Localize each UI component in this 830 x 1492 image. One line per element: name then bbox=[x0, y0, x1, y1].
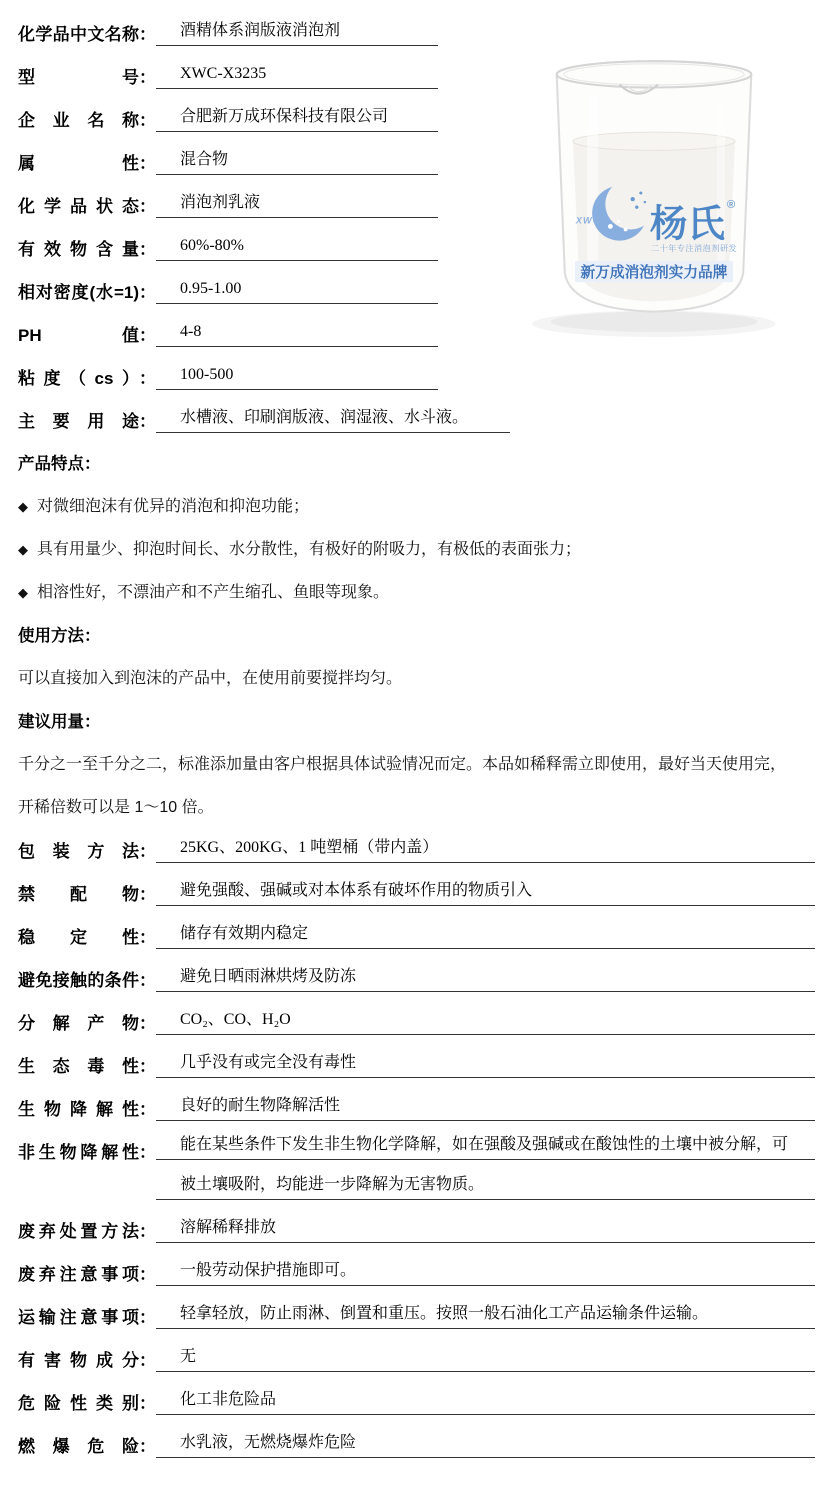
field-value: 溶解稀释排放 bbox=[156, 1217, 815, 1243]
field-row-avoid-conditions: 避免接触的条件： 避免日晒雨淋烘烤及防冻 bbox=[18, 962, 815, 992]
field-row-disposal-method: 废弃处置方法： 溶解稀释排放 bbox=[18, 1213, 815, 1243]
field-value: 避免强酸、强碱或对本体系有破坏作用的物质引入 bbox=[156, 880, 815, 906]
field-value: 良好的耐生物降解活性 bbox=[156, 1095, 815, 1121]
field-colon: ： bbox=[139, 970, 156, 992]
diamond-bullet-icon: ◆ bbox=[18, 495, 28, 519]
field-label: 化学品状态 bbox=[18, 196, 139, 218]
field-value: 60%-80% bbox=[156, 235, 438, 261]
field-colon: ： bbox=[139, 1264, 156, 1286]
brand-name-text: 杨氏 bbox=[650, 203, 725, 245]
dosage-text: 开稀倍数可以是 1～10 倍。 bbox=[18, 796, 214, 820]
dosage-title: 建议用量： bbox=[18, 710, 101, 734]
field-row-harmful-components: 有害物成分： 无 bbox=[18, 1342, 815, 1372]
features-heading: 产品特点： bbox=[18, 446, 815, 476]
dosage-paragraph-line1: 千分之一至千分之二，标准添加量由客户根据具体试验情况而定。本品如稀释需立即使用，… bbox=[18, 747, 815, 777]
field-label: PH值 bbox=[18, 325, 139, 347]
field-row-disposal-precautions: 废弃注意事项： 一般劳动保护措施即可。 bbox=[18, 1256, 815, 1286]
field-value: 水槽液、印刷润版液、润湿液、水斗液。 bbox=[156, 407, 510, 433]
field-label: 危险性类别 bbox=[18, 1393, 139, 1415]
field-label: 运输注意事项 bbox=[18, 1307, 139, 1329]
feature-item: ◆ 具有用量少、抑泡时间长、水分散性，有极好的附吸力，有极低的表面张力； bbox=[18, 532, 815, 562]
field-value: 100-500 bbox=[156, 364, 438, 390]
field-value: 4-8 bbox=[156, 321, 438, 347]
field-colon: ： bbox=[139, 884, 156, 906]
field-label: 相对密度(水=1) bbox=[18, 282, 139, 304]
field-row-main-use: 主要用途： 水槽液、印刷润版液、润湿液、水斗液。 bbox=[18, 403, 815, 433]
field-colon: ： bbox=[139, 1142, 156, 1164]
field-row-abiotic-degradability: 非生物降解性： 能在某些条件下发生非生物化学降解，如在强酸及强碱或在酸蚀性的土壤… bbox=[18, 1134, 815, 1200]
usage-paragraph: 可以直接加入到泡沫的产品中，在使用前要搅拌均匀。 bbox=[18, 661, 815, 691]
field-value: 25KG、200KG、1 吨塑桶（带内盖） bbox=[156, 837, 815, 863]
field-label: 生物降解性 bbox=[18, 1099, 139, 1121]
field-row-biodegradability: 生物降解性： 良好的耐生物降解活性 bbox=[18, 1091, 815, 1121]
product-beaker-image: XWC 杨氏 ® 二十年专注消泡剂研发 新万成消泡剂实力品牌 bbox=[518, 48, 790, 340]
field-label: 属性 bbox=[18, 153, 139, 175]
bubble-dot-icon bbox=[635, 205, 638, 208]
field-colon: ： bbox=[139, 411, 156, 433]
field-colon: ： bbox=[139, 239, 156, 261]
features-title: 产品特点： bbox=[18, 452, 101, 476]
logo-xwc-text: XWC bbox=[575, 215, 600, 225]
field-colon: ： bbox=[139, 1221, 156, 1243]
field-colon: ： bbox=[139, 325, 156, 347]
field-colon: ： bbox=[139, 1393, 156, 1415]
field-row-explosion-hazard: 燃爆危险： 水乳液，无燃烧爆炸危险 bbox=[18, 1428, 815, 1458]
field-row-eco-toxicity: 生态毒性： 几乎没有或完全没有毒性 bbox=[18, 1048, 815, 1078]
field-colon: ： bbox=[139, 1307, 156, 1329]
field-label: 生态毒性 bbox=[18, 1056, 139, 1078]
beaker-shadow bbox=[551, 312, 758, 332]
moon-cutout bbox=[605, 179, 656, 230]
field-value: CO₂、CO、H₂O bbox=[156, 1009, 815, 1035]
banner-slogan-text: 新万成消泡剂实力品牌 bbox=[581, 263, 728, 281]
registered-mark-icon: ® bbox=[727, 199, 736, 211]
field-label: 分解产物 bbox=[18, 1013, 139, 1035]
field-value: 避免日晒雨淋烘烤及防冻 bbox=[156, 966, 815, 992]
field-colon: ： bbox=[139, 841, 156, 863]
field-colon: ： bbox=[139, 1099, 156, 1121]
field-label: 包装方法 bbox=[18, 841, 139, 863]
field-label: 非生物降解性 bbox=[18, 1142, 139, 1164]
field-colon: ： bbox=[139, 368, 156, 390]
field-row-viscosity: 粘度（cs）： 100-500 bbox=[18, 360, 815, 390]
bubble-dot-icon bbox=[631, 197, 635, 201]
field-label: 主要用途 bbox=[18, 411, 139, 433]
usage-heading: 使用方法： bbox=[18, 618, 815, 648]
field-row-transport-precautions: 运输注意事项： 轻拿轻放，防止雨淋、倒置和重压。按照一般石油化工产品运输条件运输… bbox=[18, 1299, 815, 1329]
field-label: 禁配物 bbox=[18, 884, 139, 906]
field-value: XWC-X3235 bbox=[156, 63, 438, 89]
field-value: 合肥新万成环保科技有限公司 bbox=[156, 106, 438, 132]
moon-dot-icon bbox=[624, 228, 628, 232]
field-label: 稳定性 bbox=[18, 927, 139, 949]
field-colon: ： bbox=[139, 1436, 156, 1458]
moon-dot-icon bbox=[608, 224, 613, 229]
field-label: 燃爆危险 bbox=[18, 1436, 139, 1458]
field-value: 化工非危险品 bbox=[156, 1389, 815, 1415]
moon-dot-icon bbox=[617, 220, 620, 223]
field-colon: ： bbox=[139, 153, 156, 175]
field-row-decomposition: 分解产物： CO₂、CO、H₂O bbox=[18, 1005, 815, 1035]
field-label: 企业名称 bbox=[18, 110, 139, 132]
field-value: 无 bbox=[156, 1346, 815, 1372]
field-label: 型号 bbox=[18, 67, 139, 89]
field-value-line1: 能在某些条件下发生非生物化学降解，如在强酸及强碱或在酸蚀性的土壤中被分解，可 bbox=[156, 1134, 815, 1160]
field-value: 几乎没有或完全没有毒性 bbox=[156, 1052, 815, 1078]
feature-item: ◆ 对微细泡沫有优异的消泡和抑泡功能； bbox=[18, 489, 815, 519]
field-colon: ： bbox=[139, 67, 156, 89]
glass-highlight-left bbox=[587, 95, 598, 284]
field-colon: ： bbox=[139, 927, 156, 949]
bubble-dot-icon bbox=[644, 201, 646, 203]
field-row-packing: 包装方法： 25KG、200KG、1 吨塑桶（带内盖） bbox=[18, 833, 815, 863]
field-colon: ： bbox=[139, 282, 156, 304]
field-value-line2: 被土壤吸附，均能进一步降解为无害物质。 bbox=[156, 1174, 815, 1200]
field-row-chemical-name: 化学品中文名称： 酒精体系润版液消泡剂 bbox=[18, 16, 815, 46]
usage-text: 可以直接加入到泡沫的产品中，在使用前要搅拌均匀。 bbox=[18, 667, 402, 691]
dosage-text: 千分之一至千分之二，标准添加量由客户根据具体试验情况而定。本品如稀释需立即使用，… bbox=[18, 753, 786, 777]
field-value: 混合物 bbox=[156, 149, 438, 175]
field-value: 轻拿轻放，防止雨淋、倒置和重压。按照一般石油化工产品运输条件运输。 bbox=[156, 1303, 815, 1329]
dosage-heading: 建议用量： bbox=[18, 704, 815, 734]
brand-tagline-text: 二十年专注消泡剂研发 bbox=[651, 243, 737, 253]
field-colon: ： bbox=[139, 1350, 156, 1372]
diamond-bullet-icon: ◆ bbox=[18, 581, 28, 605]
field-label: 粘度（cs） bbox=[18, 368, 139, 390]
field-value: 0.95-1.00 bbox=[156, 278, 438, 304]
diamond-bullet-icon: ◆ bbox=[18, 538, 28, 562]
dosage-paragraph-line2: 开稀倍数可以是 1～10 倍。 bbox=[18, 790, 815, 820]
usage-title: 使用方法： bbox=[18, 624, 101, 648]
field-label: 避免接触的条件 bbox=[18, 970, 139, 992]
field-row-hazard-class: 危险性类别： 化工非危险品 bbox=[18, 1385, 815, 1415]
feature-text: 具有用量少、抑泡时间长、水分散性，有极好的附吸力，有极低的表面张力； bbox=[37, 538, 581, 562]
field-value: 水乳液，无燃烧爆炸危险 bbox=[156, 1432, 815, 1458]
field-label: 废弃注意事项 bbox=[18, 1264, 139, 1286]
field-value-lines: 能在某些条件下发生非生物化学降解，如在强酸及强碱或在酸蚀性的土壤中被分解，可 被… bbox=[156, 1134, 815, 1200]
field-colon: ： bbox=[139, 1056, 156, 1078]
bubble-dot-icon bbox=[639, 191, 642, 194]
field-colon: ： bbox=[139, 196, 156, 218]
field-label: 废弃处置方法 bbox=[18, 1221, 139, 1243]
feature-text: 相溶性好，不漂油产和不产生缩孔、鱼眼等现象。 bbox=[37, 581, 389, 605]
feature-item: ◆ 相溶性好，不漂油产和不产生缩孔、鱼眼等现象。 bbox=[18, 575, 815, 605]
field-row-stability: 稳定性： 储存有效期内稳定 bbox=[18, 919, 815, 949]
field-label: 有效物含量 bbox=[18, 239, 139, 261]
field-value: 一般劳动保护措施即可。 bbox=[156, 1260, 815, 1286]
field-value: 酒精体系润版液消泡剂 bbox=[156, 20, 438, 46]
field-value: 消泡剂乳液 bbox=[156, 192, 438, 218]
field-value: 储存有效期内稳定 bbox=[156, 923, 815, 949]
field-colon: ： bbox=[139, 1013, 156, 1035]
field-row-incompatibles: 禁配物： 避免强酸、强碱或对本体系有破坏作用的物质引入 bbox=[18, 876, 815, 906]
feature-text: 对微细泡沫有优异的消泡和抑泡功能； bbox=[37, 495, 309, 519]
field-colon: ： bbox=[139, 110, 156, 132]
field-colon: ： bbox=[139, 24, 156, 46]
product-datasheet-page: 化学品中文名称： 酒精体系润版液消泡剂 型号： XWC-X3235 企业名称： … bbox=[0, 0, 830, 1492]
field-label: 化学品中文名称 bbox=[18, 24, 139, 46]
field-label: 有害物成分 bbox=[18, 1350, 139, 1372]
